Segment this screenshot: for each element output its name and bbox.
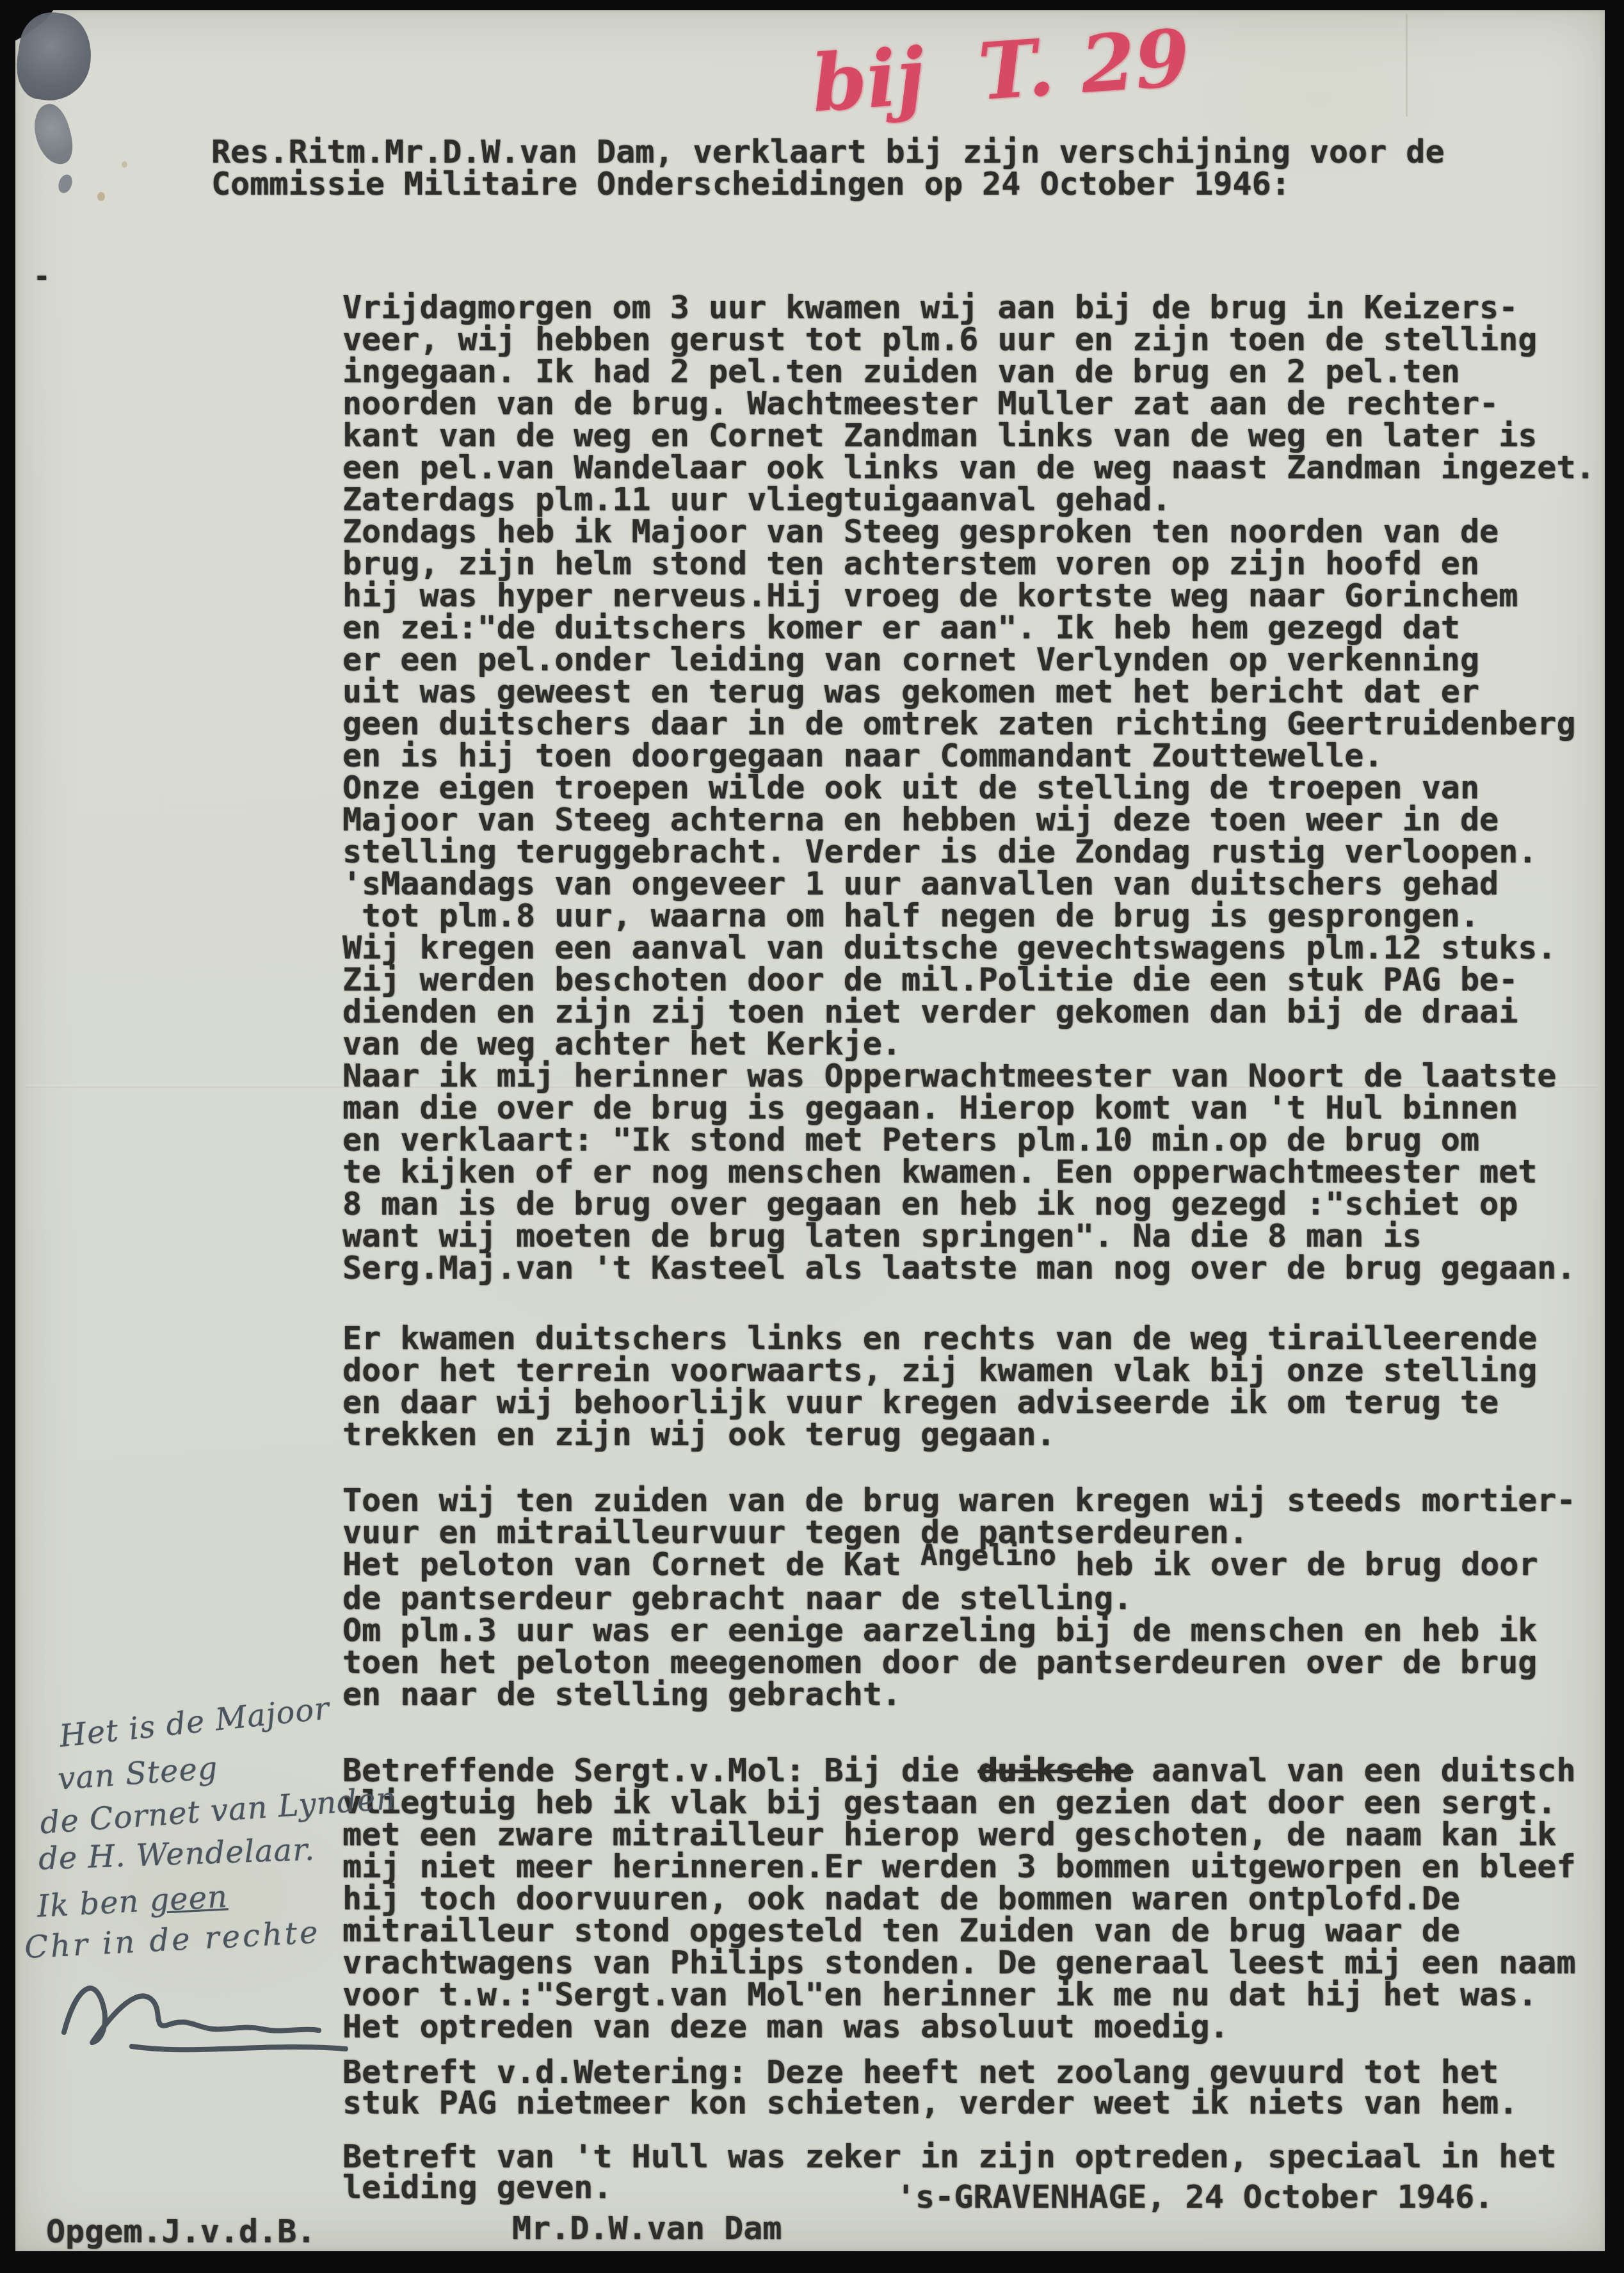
paragraph-block-4: Betreffende Sergt.v.Mol: Bij die duiksch… bbox=[342, 1754, 1576, 2042]
scanned-document: bij T. 29 Res.Ritm.Mr.D.W.van Dam, verkl… bbox=[0, 0, 1624, 2273]
paper-speck bbox=[122, 161, 127, 168]
signer-name: Mr.D.W.van Dam bbox=[512, 2212, 782, 2244]
paragraph-block-5: Betreft v.d.Wetering: Deze heeft net zoo… bbox=[342, 2057, 1518, 2118]
paragraph-block-1: Vrijdagmorgen om 3 uur kwamen wij aan bi… bbox=[342, 291, 1595, 1284]
handwritten-signature bbox=[56, 1970, 357, 2059]
recorder-initials: Opgem.J.v.d.B. bbox=[46, 2215, 316, 2247]
document-header: Res.Ritm.Mr.D.W.van Dam, verklaart bij z… bbox=[211, 136, 1445, 200]
fold-crease-vertical bbox=[1406, 14, 1408, 117]
margin-note-underlined-word: geen bbox=[149, 1879, 229, 1918]
margin-note-text: Ik ben bbox=[36, 1883, 150, 1925]
inserted-word: Angelino bbox=[921, 1539, 1056, 1572]
dateline: 's-GRAVENHAGE, 24 October 1946. bbox=[896, 2181, 1493, 2213]
paragraph-block-4-text-cont: aanval van een duitsch vliegtuig heb ik … bbox=[342, 1752, 1576, 2045]
paragraph-block-2: Er kwamen duitschers links en rechts van… bbox=[342, 1322, 1537, 1450]
paragraph-block-3: Toen wij ten zuiden van de brug waren kr… bbox=[342, 1484, 1576, 1710]
stray-typed-dash: - bbox=[33, 261, 51, 293]
paper-speck bbox=[97, 192, 105, 201]
